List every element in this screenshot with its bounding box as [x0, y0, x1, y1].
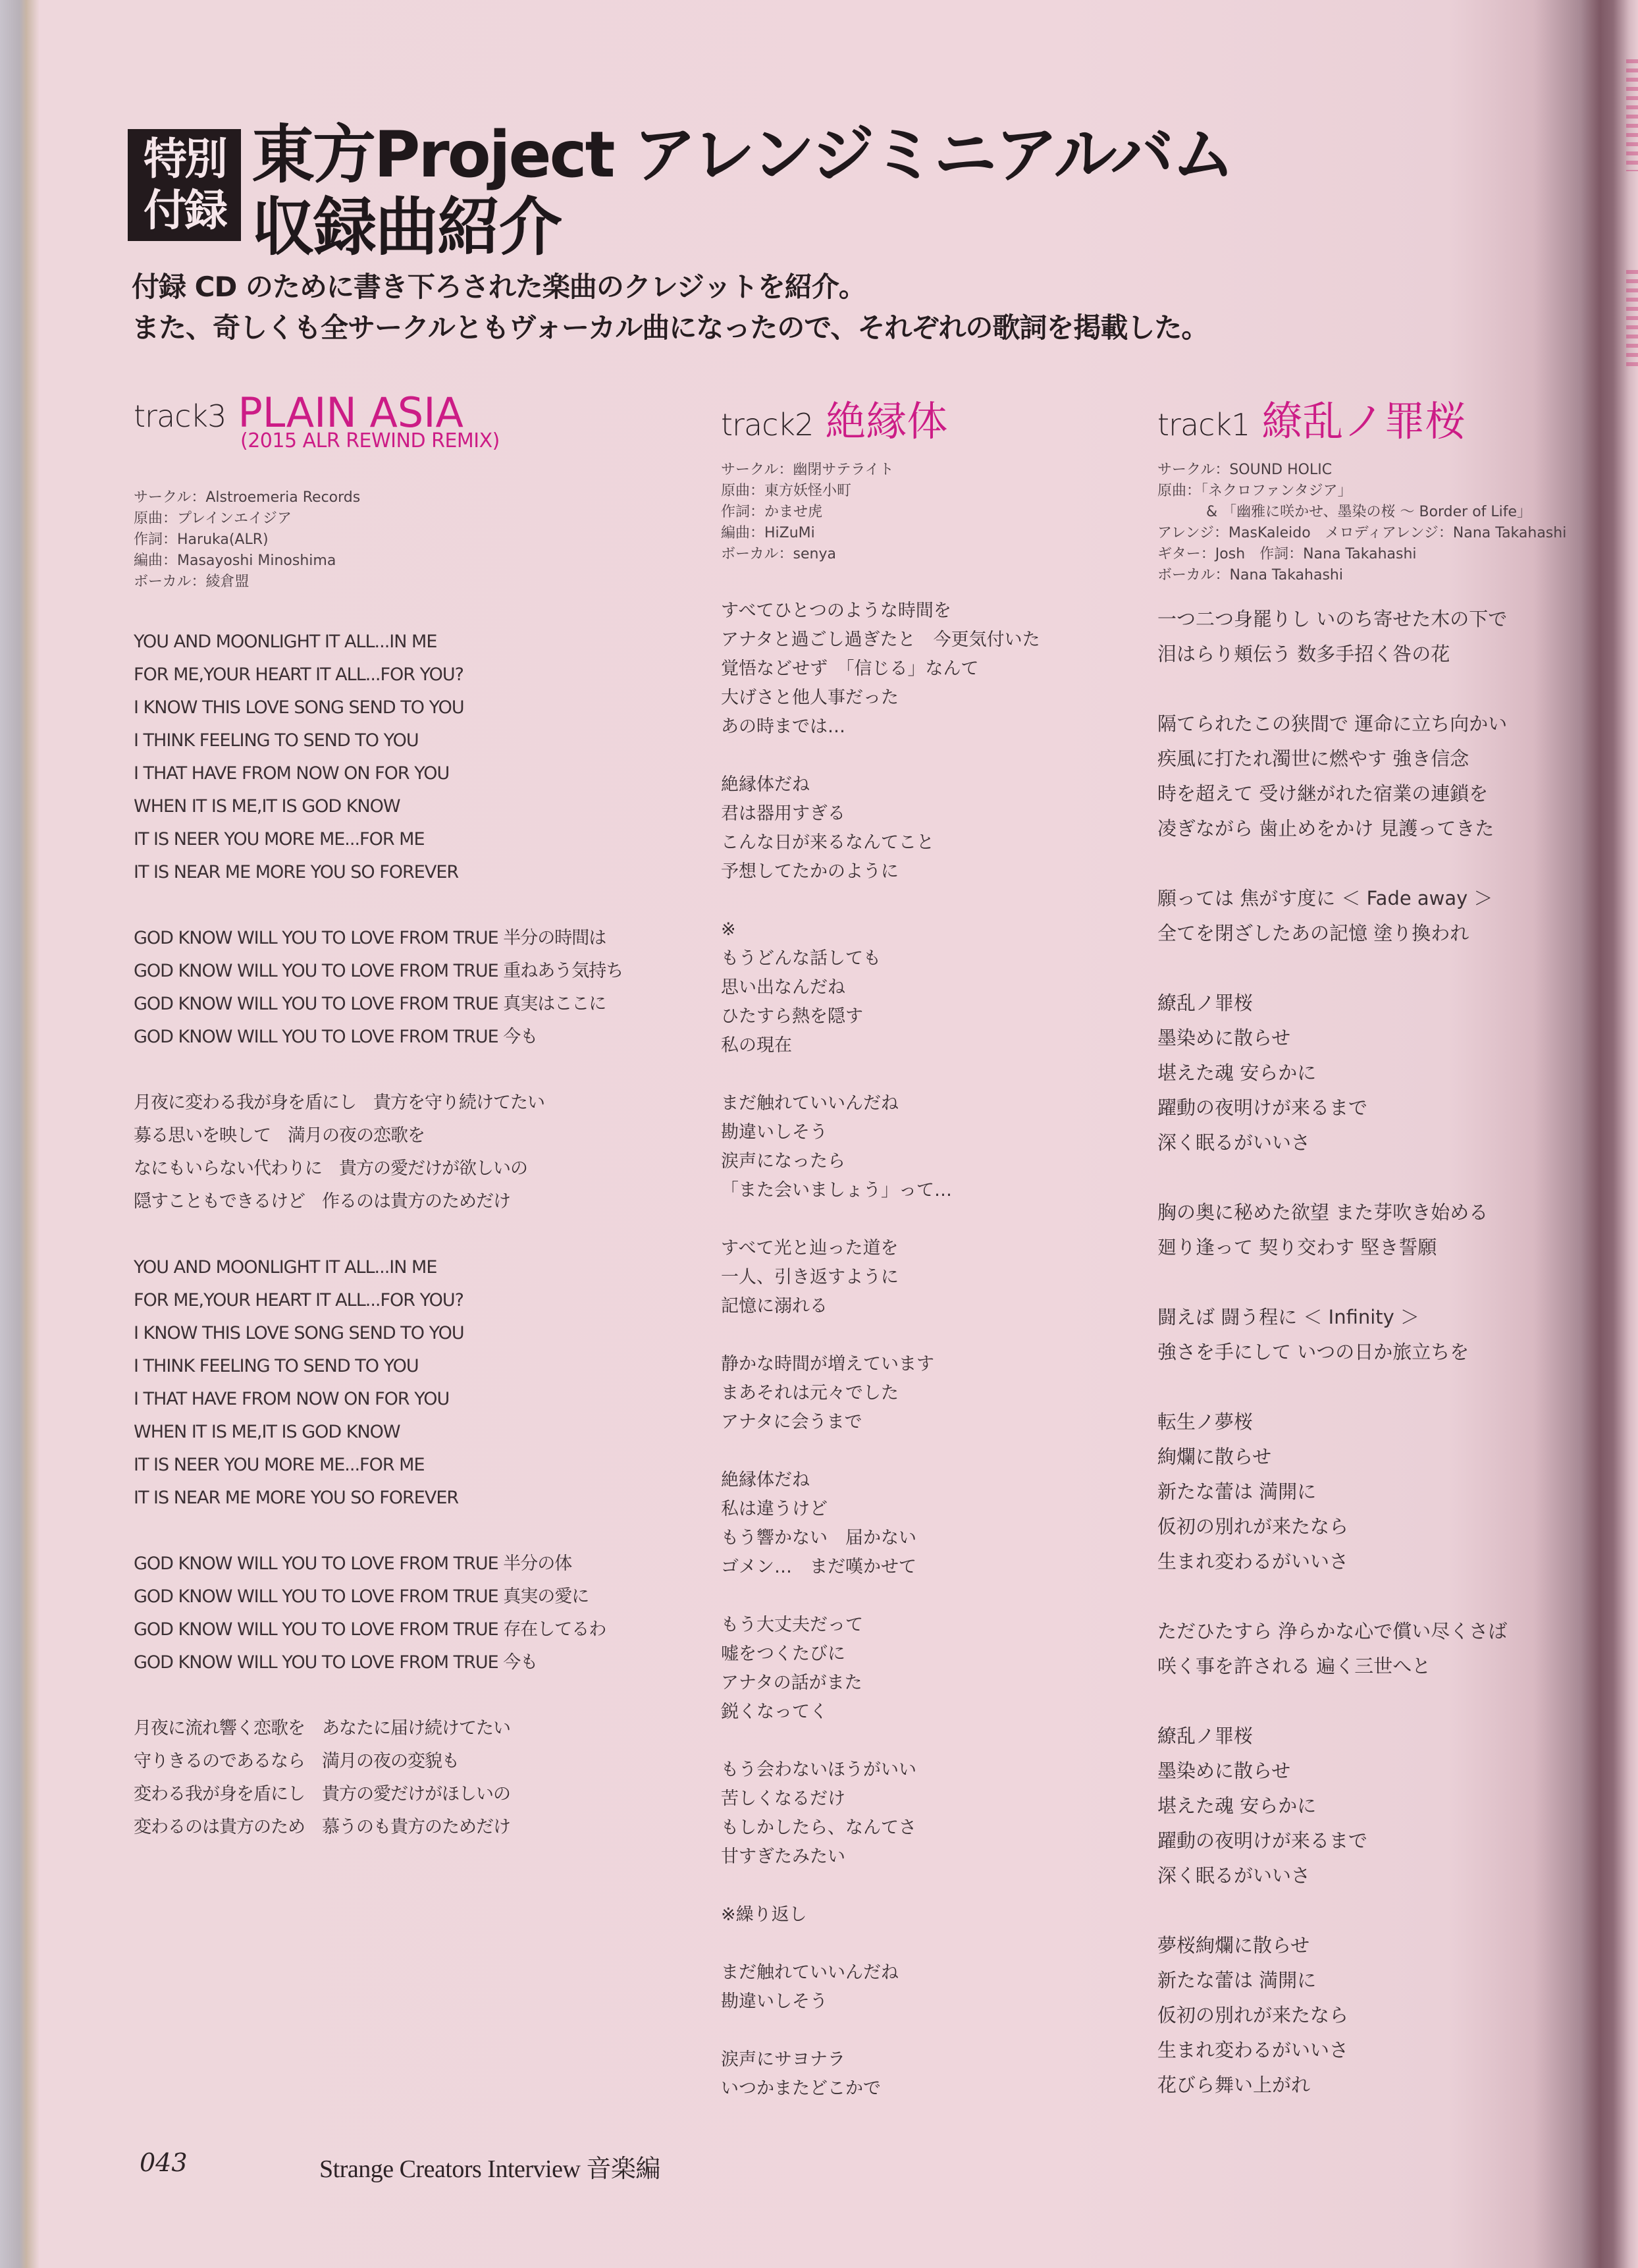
stanza-gap [721, 2016, 1116, 2045]
credit-line: 原曲：東方妖怪小町 [721, 481, 1116, 502]
lyric-line: 一つ二つ身罷りし いのち寄せた木の下で [1157, 602, 1526, 637]
stanza-gap [721, 1872, 1116, 1901]
credit-line: & 「幽雅に咲かせ、墨染の桜 ～ Border of Life」 [1157, 502, 1526, 523]
lyric-line: 繚乱ノ罪桜 [1157, 1719, 1526, 1754]
stanza-gap [1157, 951, 1526, 986]
stanza-gap [721, 742, 1116, 770]
lyric-line: GOD KNOW WILL YOU TO LOVE FROM TRUE 今も [134, 1646, 674, 1679]
lyric-line: 新たな蕾は 満開に [1157, 1963, 1526, 1998]
stanza-gap [721, 1582, 1116, 1611]
lyric-line: いつかまたどこかで [721, 2074, 1116, 2103]
lyric-line: 勘違いしそう [721, 1118, 1116, 1147]
stanza-gap [721, 1727, 1116, 1756]
lyric-line: I THINK FEELING TO SEND TO YOU [134, 724, 674, 757]
lyric-line: 涙声にサヨナラ [721, 2045, 1116, 2074]
lyric-line: 生まれ変わるがいいさ [1157, 1544, 1526, 1579]
lyric-line: 全てを閉ざしたあの記憶 塗り換われ [1157, 916, 1526, 951]
lyric-line: 時を超えて 受け継がれた宿業の連鎖を [1157, 776, 1526, 811]
lyric-line: もう会わないほうがいい [721, 1756, 1116, 1785]
lyric-line: 墨染めに散らせ [1157, 1021, 1526, 1056]
lyric-line: 涙声になったら [721, 1147, 1116, 1176]
lyric-line: 躍動の夜明けが来るまで [1157, 1091, 1526, 1125]
lyric-line: GOD KNOW WILL YOU TO LOVE FROM TRUE 今も [134, 1021, 674, 1054]
lyric-line: 生まれ変わるがいいさ [1157, 2033, 1526, 2068]
stanza-gap [1157, 846, 1526, 881]
badge-line-2: 付録 [128, 185, 241, 236]
lyric-line: 隠すこともできるけど 作るのは貴方のためだけ [134, 1185, 674, 1218]
stanza-gap [134, 889, 674, 922]
credit-line: サークル：SOUND HOLIC [1157, 460, 1526, 481]
special-supplement-badge: 特別 付録 [128, 129, 241, 241]
lyric-line: FOR ME,YOUR HEART IT ALL...FOR YOU? [134, 659, 674, 691]
lyric-line: GOD KNOW WILL YOU TO LOVE FROM TRUE 重ねあう… [134, 955, 674, 988]
lyric-line: 私の現在 [721, 1031, 1116, 1060]
stanza-gap [1157, 672, 1526, 707]
lyric-line: I KNOW THIS LOVE SONG SEND TO YOU [134, 1317, 674, 1350]
facing-page-bleed [1626, 59, 1638, 171]
lyric-line: 躍動の夜明けが来るまで [1157, 1823, 1526, 1858]
lyric-line: すべて光と辿った道を [721, 1234, 1116, 1263]
stanza-gap [1157, 1893, 1526, 1928]
lyric-line: GOD KNOW WILL YOU TO LOVE FROM TRUE 半分の体 [134, 1548, 674, 1580]
stanza-gap [1157, 1265, 1526, 1300]
lyric-line: 闘えば 闘う程に ＜ Infinity ＞ [1157, 1300, 1526, 1335]
page-title: 東方Project アレンジミニアルバム [251, 119, 1233, 191]
lyric-line: アナタの話がまた [721, 1669, 1116, 1698]
magazine-title: Strange Creators Interview 音楽編 [319, 2148, 660, 2184]
track-lyrics: YOU AND MOONLIGHT IT ALL...IN MEFOR ME,Y… [134, 626, 674, 1844]
lyric-line: 絶縁体だね [721, 1466, 1116, 1495]
lyric-line: 繚乱ノ罪桜 [1157, 986, 1526, 1021]
lyric-line: I THINK FEELING TO SEND TO YOU [134, 1350, 674, 1383]
lyric-line: 覚悟などせず 「信じる」なんて [721, 655, 1116, 684]
page-number: 043 [140, 2148, 188, 2177]
credit-line: ギター：Josh 作詞：Nana Takahashi [1157, 544, 1526, 565]
stanza-gap [1157, 1684, 1526, 1719]
lyric-line: 一人、引き返すように [721, 1263, 1116, 1292]
lyric-line: 仮初の別れが来たなら [1157, 1509, 1526, 1544]
intro-line-1: 付録 CD のために書き下ろされた楽曲のクレジットを紹介。 [132, 267, 1208, 308]
page-subtitle: 収録曲紹介 [251, 191, 561, 263]
lyric-line: ひたすら熱を隠す [721, 1002, 1116, 1031]
lyric-line: なにもいらない代わりに 貴方の愛だけが欲しいの [134, 1152, 674, 1185]
lyric-line: 「また会いましょう」って… [721, 1176, 1116, 1205]
stanza-gap [134, 1218, 674, 1251]
lyric-line: もう大丈夫だって [721, 1611, 1116, 1640]
lyric-line: 嘘をつくたびに [721, 1640, 1116, 1669]
stanza-gap [721, 1060, 1116, 1089]
track-credits: サークル：Alstroemeria Records原曲：プレインエイジア作詞：H… [134, 487, 674, 593]
credit-line: ボーカル：Nana Takahashi [1157, 565, 1526, 586]
intro-line-2: また、奇しくも全サークルともヴォーカル曲になったので、それぞれの歌詞を掲載した。 [132, 308, 1208, 348]
lyric-line: GOD KNOW WILL YOU TO LOVE FROM TRUE 真実はこ… [134, 988, 674, 1021]
lyric-line: アナタに会うまで [721, 1408, 1116, 1437]
facing-page-bleed [1626, 270, 1638, 369]
credit-line: ボーカル：senya [721, 544, 1116, 565]
lyric-line: 願っては 焦がす度に ＜ Fade away ＞ [1157, 881, 1526, 916]
lyric-line: 鋭くなってく [721, 1698, 1116, 1727]
track-title: 繚乱ノ罪桜 [1261, 389, 1466, 447]
lyric-line: まだ触れていいんだね [721, 1958, 1116, 1987]
lyric-line: 新たな蕾は 満開に [1157, 1474, 1526, 1509]
stanza-gap [721, 1930, 1116, 1958]
credit-line: 作詞：かませ虎 [721, 502, 1116, 523]
lyric-line: ※繰り返し [721, 1901, 1116, 1930]
lyric-line: 変わる我が身を盾にし 貴方の愛だけがほしいの [134, 1778, 674, 1811]
lyric-line: IT IS NEER YOU MORE ME...FOR ME [134, 1449, 674, 1482]
lyric-line: アナタと過ごし過ぎたと 今更気付いた [721, 626, 1116, 655]
track-lyrics: すべてひとつのような時間をアナタと過ごし過ぎたと 今更気付いた覚悟などせず 「信… [721, 597, 1116, 2103]
lyric-line: GOD KNOW WILL YOU TO LOVE FROM TRUE 真実の愛… [134, 1580, 674, 1613]
track-number: track1 [1157, 407, 1250, 443]
lyric-line: IT IS NEAR ME MORE YOU SO FOREVER [134, 1482, 674, 1515]
lyric-line: IT IS NEER YOU MORE ME...FOR ME [134, 823, 674, 856]
lyric-line: 凌ぎながら 歯止めをかけ 見護ってきた [1157, 811, 1526, 846]
lyric-line: まだ触れていいんだね [721, 1089, 1116, 1118]
lyric-line: 月夜に流れ響く恋歌を あなたに届け続けてたい [134, 1712, 674, 1745]
lyric-line: 記憶に溺れる [721, 1292, 1116, 1321]
lyric-line: 勘違いしそう [721, 1987, 1116, 2016]
credit-line: アレンジ：MasKaleido メロディアレンジ：Nana Takahashi [1157, 523, 1526, 544]
track-number: track3 [134, 398, 226, 434]
lyric-line: WHEN IT IS ME,IT IS GOD KNOW [134, 790, 674, 823]
lyric-line: あの時までは… [721, 713, 1116, 742]
lyric-line: GOD KNOW WILL YOU TO LOVE FROM TRUE 半分の時… [134, 922, 674, 955]
track-heading: track1繚乱ノ罪桜 [1157, 389, 1526, 441]
lyric-line: I THAT HAVE FROM NOW ON FOR YOU [134, 757, 674, 790]
lyric-line: 甘すぎたみたい [721, 1843, 1116, 1872]
lyric-line: 私は違うけど [721, 1495, 1116, 1524]
lyric-line: FOR ME,YOUR HEART IT ALL...FOR YOU? [134, 1284, 674, 1317]
lyric-line: もう響かない 届かない [721, 1524, 1116, 1553]
stanza-gap [134, 1054, 674, 1087]
stanza-gap [721, 1205, 1116, 1234]
lyric-line: すべてひとつのような時間を [721, 597, 1116, 626]
track-credits: サークル：SOUND HOLIC原曲：「ネクロファンタジア」& 「幽雅に咲かせ、… [1157, 460, 1526, 586]
track-heading: track3PLAIN ASIA (2015 ALR REWIND REMIX) [134, 389, 674, 441]
track-credits: サークル：幽閉サテライト原曲：東方妖怪小町作詞：かませ虎編曲：HiZuMiボーカ… [721, 460, 1116, 565]
lyric-line: WHEN IT IS ME,IT IS GOD KNOW [134, 1416, 674, 1449]
stanza-gap [1157, 1370, 1526, 1405]
lyric-line: 仮初の別れが来たなら [1157, 1998, 1526, 2033]
lyric-line: I KNOW THIS LOVE SONG SEND TO YOU [134, 691, 674, 724]
lyric-line: 堪えた魂 安らかに [1157, 1789, 1526, 1823]
lyric-line: YOU AND MOONLIGHT IT ALL...IN ME [134, 1251, 674, 1284]
lyric-line: もうどんな話しても [721, 944, 1116, 973]
track-column-ryouran-no-tsumizakura: track1繚乱ノ罪桜 サークル：SOUND HOLIC原曲：「ネクロファンタジ… [1157, 389, 1526, 2103]
lyric-line: もしかしたら、なんてさ [721, 1814, 1116, 1843]
lyric-line: ※ [721, 915, 1116, 944]
lyric-line: GOD KNOW WILL YOU TO LOVE FROM TRUE 存在して… [134, 1613, 674, 1646]
track-column-zetsuentai: track2絶縁体 サークル：幽閉サテライト原曲：東方妖怪小町作詞：かませ虎編曲… [721, 389, 1116, 2103]
badge-line-1: 特別 [128, 134, 241, 185]
lyric-line: 咲く事を許される 遍く三世へと [1157, 1649, 1526, 1684]
lyric-line: 思い出なんだね [721, 973, 1116, 1002]
lyric-line: 夢桜絢爛に散らせ [1157, 1928, 1526, 1963]
credit-line: 原曲：プレインエイジア [134, 508, 674, 529]
lyric-line: 隔てられたこの狭間で 運命に立ち向かい [1157, 707, 1526, 742]
lyric-line: まあそれは元々でした [721, 1379, 1116, 1408]
intro-text: 付録 CD のために書き下ろされた楽曲のクレジットを紹介。 また、奇しくも全サー… [132, 267, 1208, 348]
lyric-line: ゴメン… まだ嘆かせて [721, 1553, 1116, 1582]
credit-line: 原曲：「ネクロファンタジア」 [1157, 481, 1526, 502]
track-lyrics: 一つ二つ身罷りし いのち寄せた木の下で泪はらり頬伝う 数多手招く咎の花隔てられた… [1157, 602, 1526, 2103]
lyric-line: 疾風に打たれ濁世に燃やす 強き信念 [1157, 742, 1526, 776]
stanza-gap [1157, 1579, 1526, 1614]
lyric-line: 廻り逢って 契り交わす 堅き誓願 [1157, 1230, 1526, 1265]
lyric-line: 深く眠るがいいさ [1157, 1858, 1526, 1893]
stanza-gap [721, 1437, 1116, 1466]
lyric-line: 転生ノ夢桜 [1157, 1405, 1526, 1440]
credit-line: サークル：幽閉サテライト [721, 460, 1116, 481]
lyric-line: 募る思いを映して 満月の夜の恋歌を [134, 1120, 674, 1152]
lyric-line: 深く眠るがいいさ [1157, 1125, 1526, 1160]
track-heading: track2絶縁体 [721, 389, 1116, 441]
credit-line: 編曲：Masayoshi Minoshima [134, 551, 674, 572]
lyric-line: 君は器用すぎる [721, 799, 1116, 828]
lyric-line: I THAT HAVE FROM NOW ON FOR YOU [134, 1383, 674, 1416]
stanza-gap [134, 1515, 674, 1548]
lyric-line: 静かな時間が増えています [721, 1350, 1116, 1379]
lyric-line: 絢爛に散らせ [1157, 1440, 1526, 1474]
lyric-line: 守りきるのであるなら 満月の夜の変貌も [134, 1745, 674, 1778]
lyric-line: ただひたすら 浄らかな心で償い尽くさば [1157, 1614, 1526, 1649]
stanza-gap [1157, 1160, 1526, 1195]
track-column-plain-asia: track3PLAIN ASIA (2015 ALR REWIND REMIX)… [134, 389, 674, 1844]
lyric-line: 予想してたかのように [721, 857, 1116, 886]
lyric-line: YOU AND MOONLIGHT IT ALL...IN ME [134, 626, 674, 659]
stanza-gap [721, 886, 1116, 915]
credit-line: ボーカル：綾倉盟 [134, 572, 674, 593]
lyric-line: 泪はらり頬伝う 数多手招く咎の花 [1157, 637, 1526, 672]
credit-line: サークル：Alstroemeria Records [134, 487, 674, 508]
stanza-gap [134, 1679, 674, 1712]
lyric-line: 堪えた魂 安らかに [1157, 1056, 1526, 1091]
stanza-gap [721, 1321, 1116, 1350]
credit-line: 編曲：HiZuMi [721, 523, 1116, 544]
lyric-line: 花びら舞い上がれ [1157, 2068, 1526, 2103]
credit-line: 作詞：Haruka(ALR) [134, 529, 674, 551]
track-title: 絶縁体 [825, 389, 947, 447]
lyric-line: 絶縁体だね [721, 770, 1116, 799]
lyric-line: 胸の奥に秘めた欲望 また芽吹き始める [1157, 1195, 1526, 1230]
lyric-line: 大げさと他人事だった [721, 684, 1116, 713]
lyric-line: 墨染めに散らせ [1157, 1754, 1526, 1789]
track-subtitle: (2015 ALR REWIND REMIX) [240, 429, 500, 452]
track-number: track2 [721, 407, 813, 443]
lyric-line: こんな日が来るなんてこと [721, 828, 1116, 857]
lyric-line: 強さを手にして いつの日か旅立ちを [1157, 1335, 1526, 1370]
lyric-line: 苦しくなるだけ [721, 1785, 1116, 1814]
lyric-line: 月夜に変わる我が身を盾にし 貴方を守り続けてたい [134, 1087, 674, 1120]
lyric-line: 変わるのは貴方のため 慕うのも貴方のためだけ [134, 1811, 674, 1844]
lyric-line: IT IS NEAR ME MORE YOU SO FOREVER [134, 856, 674, 889]
